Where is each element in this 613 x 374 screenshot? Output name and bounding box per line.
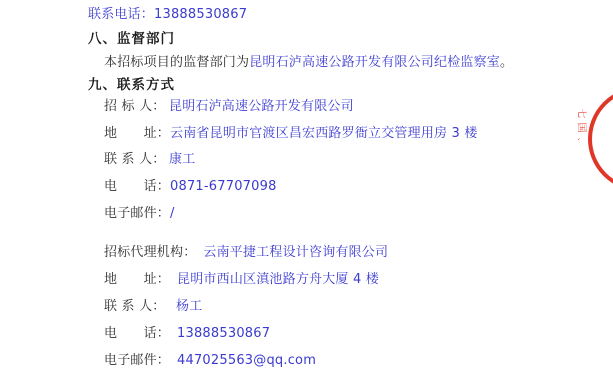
field-value: 康工 — [169, 152, 195, 167]
field-label: 联系电话： — [88, 7, 154, 22]
field-value: 昆明市西山区滇池路方舟大厦 4 楼 — [170, 272, 379, 287]
contact-row-phone: 电 话：13888530867 — [104, 327, 270, 341]
field-label: 电 话： — [104, 180, 170, 194]
field-value: 昆明石泸高速公路开发有限公司 — [169, 99, 354, 114]
field-label: 电 话： — [104, 327, 170, 341]
contact-row-agency: 招标代理机构：云南平捷工程设计咨询有限公司 — [104, 246, 388, 260]
field-value: 云南平捷工程设计咨询有限公司 — [196, 245, 388, 260]
field-value: 0871-67707098 — [170, 179, 277, 194]
field-value: 13888530867 — [154, 7, 247, 22]
field-label: 电子邮件： — [104, 354, 170, 368]
document-page: 联系电话：13888530867 八、监督部门 本招标项目的监督部门为昆明石泸高… — [0, 0, 613, 374]
contact-row-tenderer: 招 标 人：昆明石泸高速公路开发有限公司 — [104, 100, 354, 114]
field-value: 13888530867 — [170, 326, 270, 341]
field-label: 招标代理机构： — [104, 246, 196, 260]
field-value: / — [170, 206, 175, 221]
field-label: 招 标 人： — [104, 100, 169, 114]
section-8-body: 本招标项目的监督部门为昆明石泸高速公路开发有限公司纪检监察室。 — [104, 56, 513, 70]
seal-character: 、 — [575, 137, 586, 145]
contact-row-address: 地 址：昆明市西山区滇池路方舟大厦 4 楼 — [104, 273, 379, 287]
contact-row-email: 电子邮件：/ — [104, 207, 175, 221]
official-seal-text: 七 国 、 — [573, 108, 589, 147]
contact-row-person: 联 系 人：康工 — [104, 153, 195, 167]
field-label: 电子邮件： — [104, 207, 170, 221]
contact-row-person: 联 系 人：杨工 — [104, 300, 202, 314]
section-8-heading: 八、监督部门 — [88, 32, 175, 46]
field-label: 联 系 人： — [104, 153, 169, 167]
contact-row-email: 电子邮件：447025563@qq.com — [104, 354, 316, 368]
field-value: 杨工 — [169, 299, 202, 314]
section-9-heading: 九、联系方式 — [88, 78, 175, 92]
field-label: 联 系 人： — [104, 300, 169, 314]
field-value: 云南省昆明市官渡区昌宏西路罗衙立交管理用房 3 楼 — [170, 126, 478, 141]
body-punctuation: 。 — [500, 55, 513, 70]
contact-row-phone: 电 话：0871-67707098 — [104, 180, 277, 194]
body-text: 本招标项目的监督部门为 — [104, 55, 249, 70]
supervision-department-name: 昆明石泸高速公路开发有限公司纪检监察室 — [249, 55, 500, 70]
field-label: 地 址： — [104, 273, 170, 287]
field-label: 地 址： — [104, 127, 170, 141]
contact-row-address: 地 址：云南省昆明市官渡区昌宏西路罗衙立交管理用房 3 楼 — [104, 127, 478, 141]
contact-phone-line: 联系电话：13888530867 — [88, 8, 247, 22]
field-value: 447025563@qq.com — [170, 353, 316, 368]
official-seal-ring — [588, 87, 613, 191]
seal-character: 七 — [575, 108, 586, 118]
seal-character: 国 — [575, 122, 586, 132]
